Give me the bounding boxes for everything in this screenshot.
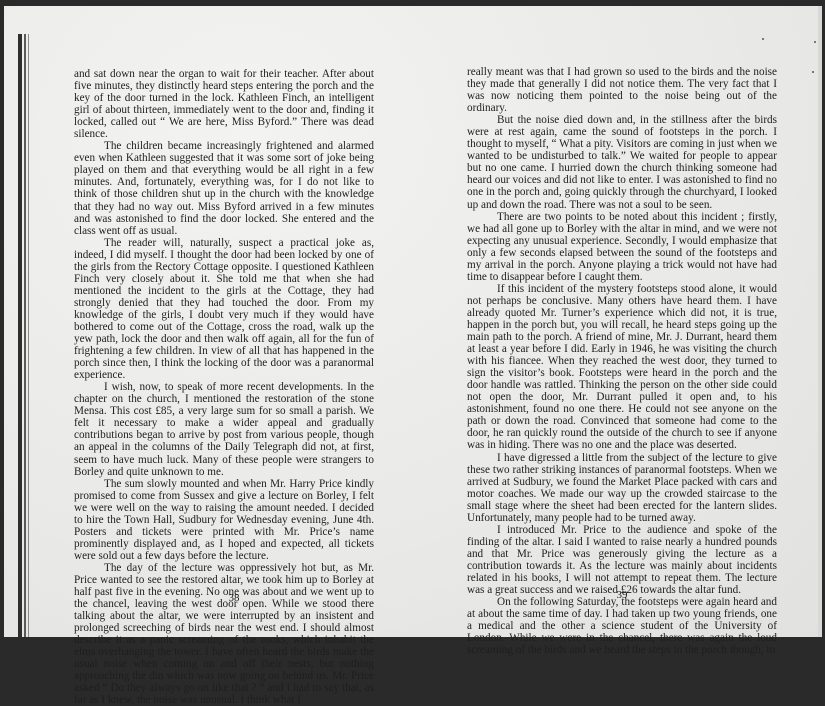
paper-speck xyxy=(814,41,816,43)
paragraph: There are two points to be noted about t… xyxy=(467,211,777,283)
book-edge-shadow xyxy=(24,34,26,637)
book-edge-shadow xyxy=(28,34,29,637)
book-edge-shadow xyxy=(18,34,22,637)
page-number-left: 38 xyxy=(214,592,254,604)
paragraph: The reader will, naturally, suspect a pr… xyxy=(74,237,374,382)
paragraph: really meant was that I had grown so use… xyxy=(467,66,777,114)
paragraph: I wish, now, to speak of more recent dev… xyxy=(74,381,374,477)
paragraph: The sum slowly mounted and when Mr. Harr… xyxy=(74,478,374,562)
paper-speck xyxy=(762,38,764,40)
paragraph: I have digressed a little from the subje… xyxy=(467,452,777,524)
paragraph: and sat down near the organ to wait for … xyxy=(74,68,374,140)
paragraph: On the following Saturday, the footsteps… xyxy=(467,596,777,637)
right-page-text: really meant was that I had grown so use… xyxy=(467,66,777,637)
paper-speck xyxy=(812,71,814,73)
paragraph: But the noise died down and, in the stil… xyxy=(467,114,777,210)
paragraph: If this incident of the mystery footstep… xyxy=(467,283,777,452)
left-page-text: and sat down near the organ to wait for … xyxy=(74,68,374,637)
paragraph: The children became increasingly frighte… xyxy=(74,140,374,236)
book-spread: and sat down near the organ to wait for … xyxy=(4,6,822,637)
page-edge xyxy=(818,6,822,637)
paragraph: I introduced Mr. Price to the audience a… xyxy=(467,524,777,596)
page-number-right: 39 xyxy=(602,589,642,601)
